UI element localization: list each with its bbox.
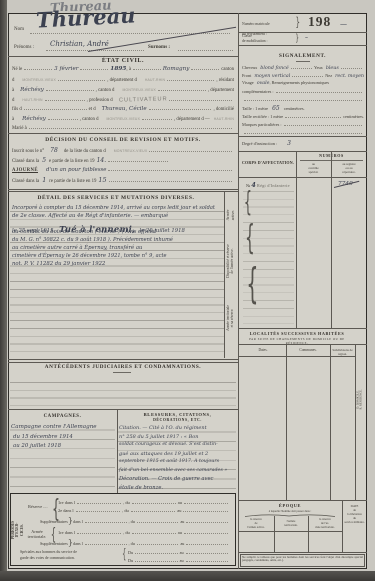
nom-hand-value: Thureau	[35, 2, 136, 32]
dotted-fill	[183, 508, 228, 512]
yeux-hand: bleus	[326, 67, 339, 72]
rule-line	[238, 151, 367, 152]
etat-civil-line-2: d MONTREUX-VIEUX , département d HAUT-RH…	[12, 77, 234, 84]
rule-line	[238, 531, 342, 532]
blessures-hand-line: septembre 1915 et août 1917. A toujours	[119, 459, 237, 464]
rule-line	[238, 45, 367, 46]
blessures-hand-line: étoile de bronze.	[119, 485, 237, 491]
residant-label: , résidant	[216, 79, 234, 84]
birth-date-hand: 3 février	[54, 67, 78, 73]
etat-civil-line-1: Né le 3 février 1895 , à Romagny canton	[12, 66, 234, 73]
regiment-number-hand: 4	[251, 181, 255, 189]
annee-hand: 15	[98, 177, 106, 183]
dotted-fill	[29, 125, 232, 129]
reserve-label: Réserve ....	[28, 504, 48, 509]
antecedents-title: ANTÉCÉDENTS JUDICIAIRES ET CONDAMNATIONS…	[8, 364, 238, 370]
blessures-hand-line: fait d'un bel ensemble avec ses camarade…	[119, 468, 237, 473]
au-label: au	[178, 531, 182, 535]
regiment-label: Régt d'Infanterie	[257, 183, 290, 188]
speciales-row-2: Du au	[128, 558, 230, 563]
taille-line: Taille : 1 mètre 65 centimètres.	[242, 106, 364, 112]
dotted-fill	[186, 550, 228, 554]
campagnes-hand-line: du 15 décembre 1914	[13, 434, 113, 440]
birth-year-hand: 1895	[110, 67, 126, 73]
scan-edge-left	[0, 0, 7, 581]
dotted-fill	[132, 500, 176, 504]
dotted-fill	[276, 89, 362, 93]
liste-canton-label: de la liste du canton d	[64, 150, 106, 155]
marie-line: Marié à	[12, 125, 234, 132]
campagnes-title: CAMPAGNES.	[8, 414, 117, 419]
dotted-fill	[48, 116, 78, 120]
dotted-fill	[24, 66, 52, 70]
etat-civil-line-5: fils d et d Thureau, Cécile , domicilié	[12, 106, 234, 113]
periode-row-reserve-1: 1re dans l , du au	[58, 500, 230, 505]
nez-hand: rect. moyen	[335, 75, 364, 80]
title-underline	[296, 61, 310, 62]
rule-line	[238, 552, 367, 553]
dotted-fill	[24, 106, 87, 110]
du-label: , du	[129, 520, 135, 524]
epoque-col-reserve-active: la réserve de l'armée active.	[239, 518, 273, 530]
periode-label: 1re dans l	[58, 501, 75, 505]
services-hand-line: au combat du bois de Courton ( Marne ) (…	[12, 229, 224, 235]
decision-line-1: Inscrit sous le n° 78 de la liste du can…	[12, 148, 234, 155]
ajourne-motif-hand: d'un an pour faiblesse	[46, 168, 106, 173]
dotted-fill	[135, 558, 177, 562]
inscrit-number-hand: 78	[50, 148, 58, 154]
etat-civil-line-3: à Réchésy , canton d MONTREUX-VIEUX , dé…	[12, 87, 234, 94]
taille-rectifiee-line: Taille rectifiée : 1 mètre centimètres.	[242, 114, 364, 119]
signalement-title: SIGNALEMENT.	[238, 53, 367, 59]
et-d-label: et d	[89, 108, 96, 113]
classe-mobilisation-label: Classe de mobilisation :	[242, 34, 294, 44]
matricule-number: 198	[308, 14, 331, 30]
renseignements-label: , Renseignements physionomiques	[270, 81, 330, 85]
a-label: à	[12, 89, 14, 94]
taille2-label: Taille rectifiée : 1 mètre	[242, 115, 283, 119]
blessures-hand-line: Décoration. — Croix de guerre avec	[119, 476, 237, 482]
dotted-fill	[341, 65, 362, 69]
dotted-fill	[131, 508, 176, 512]
partie-label: e partie de la liste en 19	[49, 160, 95, 165]
au-label: au	[178, 501, 182, 505]
services-hand-line: Incorporé à compter du 15 décembre 1914,…	[12, 205, 224, 211]
dotted-fill	[184, 530, 228, 534]
services-title: DÉTAIL DES SERVICES ET MUTATIONS DIVERSE…	[8, 195, 224, 201]
marques-label: Marques particulières :	[242, 123, 282, 127]
du-label: , du	[123, 531, 130, 535]
mother-hand: Thureau, Cécile	[102, 107, 147, 113]
dotted-fill	[76, 508, 121, 512]
au-label: au	[180, 542, 184, 546]
blessures-title-line2: DÉCORATIONS, ETC.	[117, 418, 238, 422]
du-label: Du	[128, 559, 133, 563]
dotted-fill	[142, 116, 172, 120]
rule-line	[8, 189, 238, 190]
taille-label: Taille : 1 mètre	[242, 107, 268, 111]
rule-line	[238, 500, 367, 501]
dotted-fill	[85, 519, 127, 523]
signalement-line-1: Cheveux blond foncé Yeux bleus	[242, 65, 364, 72]
prenoms-label: Prénoms :	[14, 45, 34, 50]
rule-line	[238, 356, 355, 357]
visage-label: Visage	[242, 81, 254, 85]
localites-col-divider	[286, 344, 287, 500]
classe-label: Classé dans la	[12, 160, 39, 165]
departement-stamp: HAUT-RHIN	[214, 118, 234, 121]
dotted-fill	[109, 178, 232, 182]
degre-label: Degré d'instruction :	[242, 142, 277, 146]
strip-armee-active: Armée active.	[226, 197, 236, 233]
dotted-fill	[58, 77, 105, 81]
au-label: au	[180, 520, 184, 524]
du-label: , du	[123, 501, 130, 505]
degre-hand: 3	[287, 141, 291, 147]
dotted-fill	[191, 66, 219, 70]
ne-le-label: Né le	[12, 68, 22, 73]
rule-line	[238, 344, 367, 345]
departement-stamp: HAUT-RHIN	[145, 79, 165, 82]
taille-hand: 65	[272, 106, 280, 112]
epoque-date-divider	[342, 500, 343, 552]
profession-stamp: CULTIVATEUR	[119, 97, 168, 104]
partie-number-hand: 1	[42, 177, 46, 183]
annee-hand: 14.	[97, 158, 107, 164]
signalement-blank-line	[242, 97, 364, 101]
du-label: Du	[128, 551, 133, 555]
a-label: , à	[126, 68, 131, 73]
classe-mark-hand: –	[305, 34, 308, 41]
dotted-fill	[137, 519, 179, 523]
dotted-fill	[292, 73, 323, 77]
rule-line	[8, 362, 238, 363]
dotted-fill	[46, 87, 94, 91]
numeros-subheader-1: au contrôle spécial.	[297, 162, 330, 174]
periode-row-reserve-2: 2e dans l , du au	[58, 508, 230, 513]
rule-line	[8, 191, 238, 192]
strip-disponibilite: Disponibilité et réserve de l'armée acti…	[226, 234, 236, 288]
periode-label: 1re dans l	[58, 531, 75, 535]
classe-label-line1: Classe	[242, 34, 252, 38]
au-label: au	[180, 559, 184, 563]
classe-label-line2: de mobilisation :	[242, 39, 268, 43]
rule-line	[238, 136, 367, 137]
main-column-divider	[238, 13, 239, 569]
a-label: à	[12, 118, 14, 123]
dotted-fill	[132, 530, 176, 534]
dans-l-label: dans l	[73, 542, 83, 546]
dotted-fill	[186, 558, 228, 562]
yeux-label: Yeux	[314, 66, 323, 70]
armee-territoriale-label: Armée territoriale.	[24, 529, 50, 539]
dotted-fill	[186, 519, 228, 523]
surnoms-dotted-line	[178, 50, 233, 51]
canton-stamp: MONTREUX-VIEUX	[114, 150, 148, 153]
scan-edge-bottom	[0, 571, 375, 581]
antecedents-ruled-area	[10, 375, 236, 407]
etat-civil-title: ÉTAT CIVIL.	[8, 58, 238, 64]
ajourne-label: AJOURNÉ	[12, 169, 38, 174]
blessures-hand-line: Citation. — Cité à l'O. du régiment	[119, 425, 237, 431]
curly-brace: }	[295, 34, 299, 44]
canton-label: , canton d	[80, 118, 99, 123]
corps-row-1: № 4 Régt d'Infanterie	[246, 181, 294, 189]
departement-label: , département d —	[174, 118, 210, 123]
etat-civil-line-4: d HAUT-RHIN , profession d CULTIVATEUR	[12, 97, 234, 104]
taille2-unit: centimètres.	[343, 115, 364, 119]
campagnes-ruled-area	[10, 421, 115, 491]
epoque-date-col: DATE de la libération du service militai…	[343, 504, 366, 524]
localites-col-dates: Dates.	[242, 348, 284, 352]
d-label: d	[12, 79, 14, 84]
localites-title-line1: LOCALITÉS SUCCESSIVES HABITÉES	[238, 331, 356, 336]
campagnes-hand-line: Campagne contre l'Allemagne	[11, 424, 115, 430]
dans-l-label: dans l	[73, 520, 83, 524]
prenoms-hand-value: Christian, André	[50, 40, 109, 48]
scanned-military-record: Thureau Nom Thureau Prénoms : Christian,…	[0, 0, 375, 581]
taille-unit: centimètres.	[284, 107, 305, 111]
signalement-line-3: Visage ovale , Renseignements physionomi…	[242, 81, 364, 87]
periode-label: 2e dans l	[58, 509, 74, 513]
supplementaires-label: Supplémentaires	[40, 520, 68, 524]
marie-label: Marié à	[12, 127, 27, 132]
rule-line	[8, 409, 238, 410]
campagnes-hand-line: au 20 juillet 1918	[13, 443, 113, 449]
classe-label: Classé dans la	[12, 180, 39, 185]
inscrit-label: Inscrit sous le n°	[12, 150, 44, 155]
decision-line-4: Classé dans la 1 re partie de la liste e…	[12, 177, 234, 185]
periode-row-territoriale-2: Supplémentaires } dans l , du au	[40, 539, 230, 547]
dotted-fill	[244, 130, 362, 134]
periode-row-supplementaires: Supplémentaires } dans l , du au	[40, 517, 230, 525]
localites-col-divider	[355, 344, 356, 500]
decision-line-3: AJOURNÉ d'un an pour faiblesse	[12, 167, 234, 174]
canton-label: , canton d	[96, 89, 115, 94]
canton-stamp: MONTREUX-VIEUX	[22, 79, 56, 82]
rule-line	[238, 328, 367, 329]
dotted-fill	[284, 122, 362, 126]
partie-number-hand: 5	[42, 158, 46, 164]
canton-stamp: MONTREUX-VIEUX	[107, 118, 141, 121]
epoque-col-territoriale: l'armée territoriale.	[275, 520, 307, 528]
du-label: , du	[129, 542, 135, 546]
canton-stamp: MONTREUX-VIEUX	[122, 89, 156, 92]
rule-line	[238, 32, 367, 33]
speciales-row-1: Du au	[128, 550, 230, 555]
fils-label: fils d	[12, 108, 22, 113]
dotted-fill	[137, 541, 179, 545]
localites-col-subdivisions: Subdivisions de région.	[330, 348, 355, 356]
dotted-fill	[285, 114, 341, 118]
blessures-title-line1: BLESSURES, CITATIONS,	[117, 412, 238, 417]
d-label: d	[12, 99, 14, 104]
dotted-fill	[293, 142, 362, 145]
profession-label: , profession d	[87, 99, 113, 104]
signalement-blank-line	[242, 130, 364, 134]
partie-label: re partie de la liste en 19	[49, 180, 96, 185]
birth-place-hand: Romagny	[163, 67, 190, 73]
degre-instruction-line: Degré d'instruction : 3	[242, 141, 364, 147]
dotted-fill	[80, 66, 108, 70]
blessures-hand-line: gué aux attaques des 19 juillet et 2	[119, 451, 237, 457]
localites-side-label: D. DOMICILE. R. RÉSIDENCE.	[357, 371, 366, 429]
curly-brace: {	[244, 188, 252, 216]
rule-line	[8, 359, 238, 360]
rule-line	[8, 133, 238, 134]
signalement-line-2: Front moyen vertical Nez rect. moyen	[242, 73, 364, 80]
dotted-fill	[244, 97, 362, 101]
blessures-hand-line: soldat courageux et dévoué. S'est distin…	[119, 442, 237, 447]
epoque-col-divider	[274, 516, 275, 552]
services-hand-line: au cimetière autre carré à Épernay, tran…	[12, 245, 224, 251]
dotted-fill	[45, 97, 85, 101]
curly-brace: }	[296, 16, 301, 28]
matricule-label-line1: Numéro matricule	[242, 22, 270, 26]
corps-affectation-header: CORPS D'AFFECTATION.	[240, 160, 296, 165]
epoque-title: ÉPOQUE	[238, 503, 342, 508]
dotted-fill	[108, 167, 232, 171]
signalement-line-4: complémentaires :	[242, 89, 364, 94]
dotted-fill	[133, 66, 161, 70]
curly-brace: {	[245, 221, 255, 255]
dotted-fill	[158, 87, 206, 91]
cheveux-label: Cheveux	[242, 66, 257, 70]
dotted-fill	[186, 541, 228, 545]
domicilie-label: , domicilié	[213, 108, 234, 113]
du-label: , du	[122, 509, 129, 513]
dotted-fill	[149, 148, 232, 152]
decision-line-2: Classé dans la 5 e partie de la liste en…	[12, 158, 234, 165]
au-label: au	[177, 509, 181, 513]
matricule-flourish-hand: —	[340, 20, 347, 28]
nez-label: Nez	[325, 74, 332, 78]
au-label: au	[180, 551, 184, 555]
complementaires-label: complémentaires :	[242, 90, 274, 94]
title-underline	[113, 372, 131, 373]
services-hand-line: cimetière d'Épernay le 26 décembre 1921,…	[12, 253, 224, 259]
dotted-fill	[169, 97, 232, 101]
departement-label: , département d	[107, 79, 137, 84]
surnoms-label: Surnoms :	[148, 45, 170, 50]
services-hand-line: not. P. V. 11282 du 29 janvier 1922	[12, 261, 224, 267]
curly-brace: {	[246, 263, 258, 305]
epoque-col-divider	[308, 516, 309, 552]
marques-line: Marques particulières :	[242, 122, 364, 127]
departement-label: , département	[208, 89, 234, 94]
epoque-col-reserve-territoriale: la réserve de l'ar- mée territoriale.	[309, 518, 341, 530]
residence-hand: Réchésy	[20, 88, 44, 94]
speciales-label-line2: garde des voies de communication.	[20, 556, 120, 560]
supplementaires-label: Supplémentaires	[40, 542, 68, 546]
blessures-hand-line: n° 258 du 5 juillet 1917 : « Bon	[119, 434, 237, 440]
localites-col-communes: Communes.	[287, 348, 329, 352]
front-label: Front	[242, 74, 251, 78]
dotted-fill	[291, 65, 312, 69]
visage-hand: ovale	[257, 82, 270, 87]
cheveux-hand: blond foncé	[260, 67, 288, 72]
canton-label: canton	[221, 68, 234, 73]
numeros-subheader-2: au registre ou au répertoire.	[332, 162, 366, 174]
periode-row-territoriale-1: 1re dans l , du au	[58, 530, 230, 535]
dotted-fill	[167, 77, 214, 81]
dotted-fill	[85, 541, 127, 545]
rule-line	[8, 56, 238, 57]
speciales-label-line1: Spéciales aux hommes du service de	[20, 550, 120, 554]
dotted-fill	[77, 500, 121, 504]
services-hand-line: du M. G. n° 30822 c. du 9 août 1918 ). P…	[12, 237, 224, 243]
etat-civil-line-6: à Réchésy , canton d MONTREUX-VIEUX , dé…	[12, 116, 234, 123]
domicile-hand: Réchésy	[22, 117, 46, 123]
dotted-fill	[149, 106, 212, 110]
nom-label: Nom	[14, 27, 24, 32]
localites-col-divider	[330, 344, 331, 500]
dotted-fill	[108, 158, 168, 162]
dotted-fill	[135, 550, 177, 554]
departement-stamp: HAUT-RHIN	[22, 99, 42, 102]
dotted-fill	[77, 530, 121, 534]
dotted-fill	[184, 500, 228, 504]
rule-line	[238, 177, 367, 178]
strip-territoriale: Armée territoriale et sa réserve.	[226, 290, 236, 346]
decision-title: DÉCISION DU CONSEIL DE REVISION ET MOTIF…	[8, 137, 238, 143]
curly-brace: {	[122, 548, 126, 561]
epoque-note: Ne remplir ce tableau que pour les homme…	[242, 556, 363, 564]
